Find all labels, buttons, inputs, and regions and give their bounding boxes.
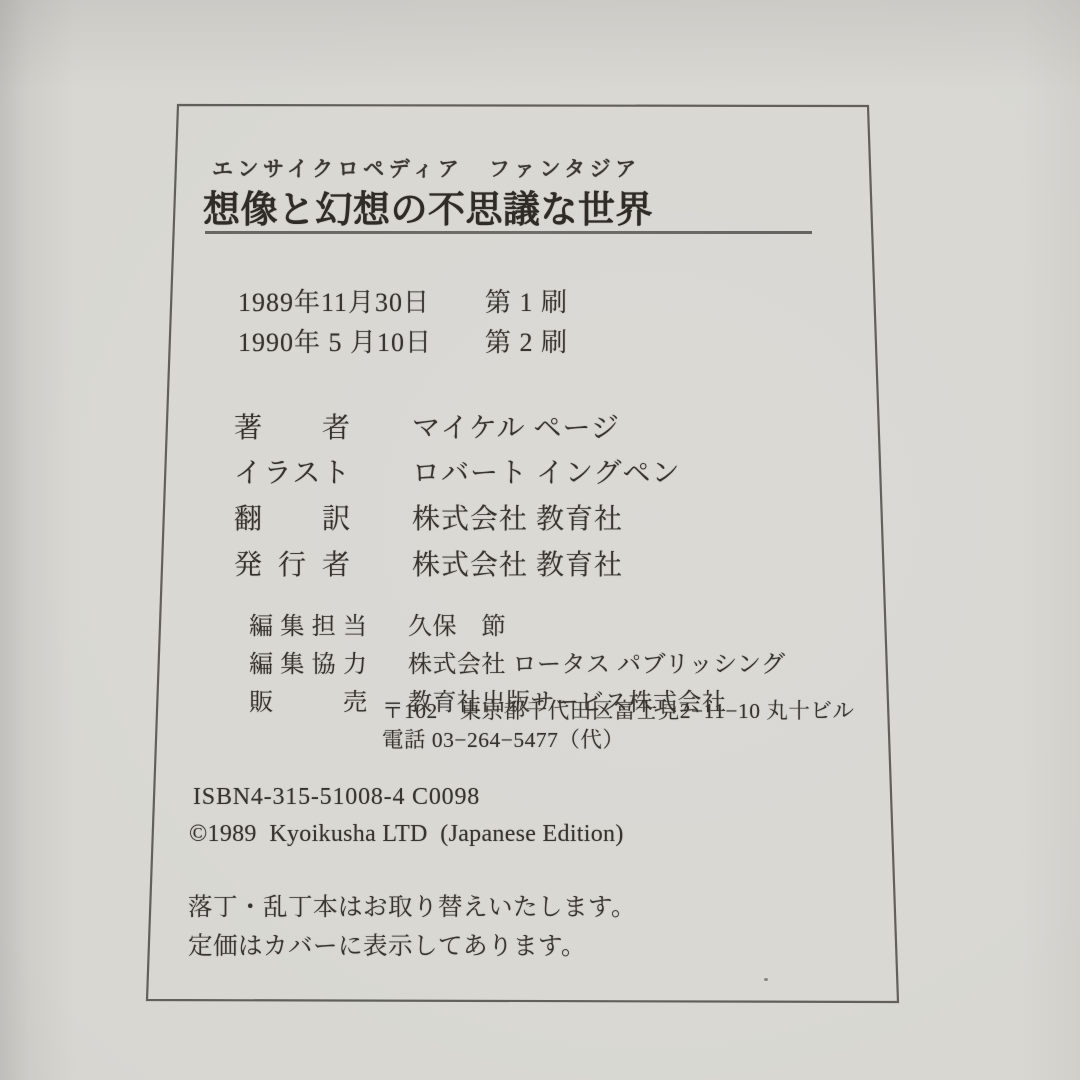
publisher-address: 〒102 東京都千代田区富士見2−11−10 丸十ビル [382, 694, 854, 725]
publisher-phone: 電話 03−264−5477（代） [382, 723, 624, 754]
book-title: 想像と幻想の不思議な世界 [203, 179, 653, 233]
printing-edition: 第 2 刷 [485, 328, 568, 357]
ink-speck [764, 978, 768, 981]
note-replacement: 落丁・乱丁本はお取り替えいたします。 [188, 888, 636, 923]
credit-label: 発行者 [234, 543, 350, 583]
staff-label: 販売 [249, 682, 367, 717]
title-underline-rule [205, 231, 812, 234]
note-price: 定価はカバーに表示してあります。 [188, 927, 586, 962]
printing-date: 1990年 5 月10日 [238, 322, 485, 359]
credit-value: 株式会社 教育社 [412, 550, 623, 581]
isbn-text: ISBN4-315-51008-4 C0098 [193, 784, 480, 811]
book-page-photo: エンサイクロペディア ファンタジア 想像と幻想の不思議な世界 1989年11月3… [0, 0, 1080, 1080]
copyright-text: ©1989 Kyoikusha LTD (Japanese Edition) [189, 821, 624, 848]
